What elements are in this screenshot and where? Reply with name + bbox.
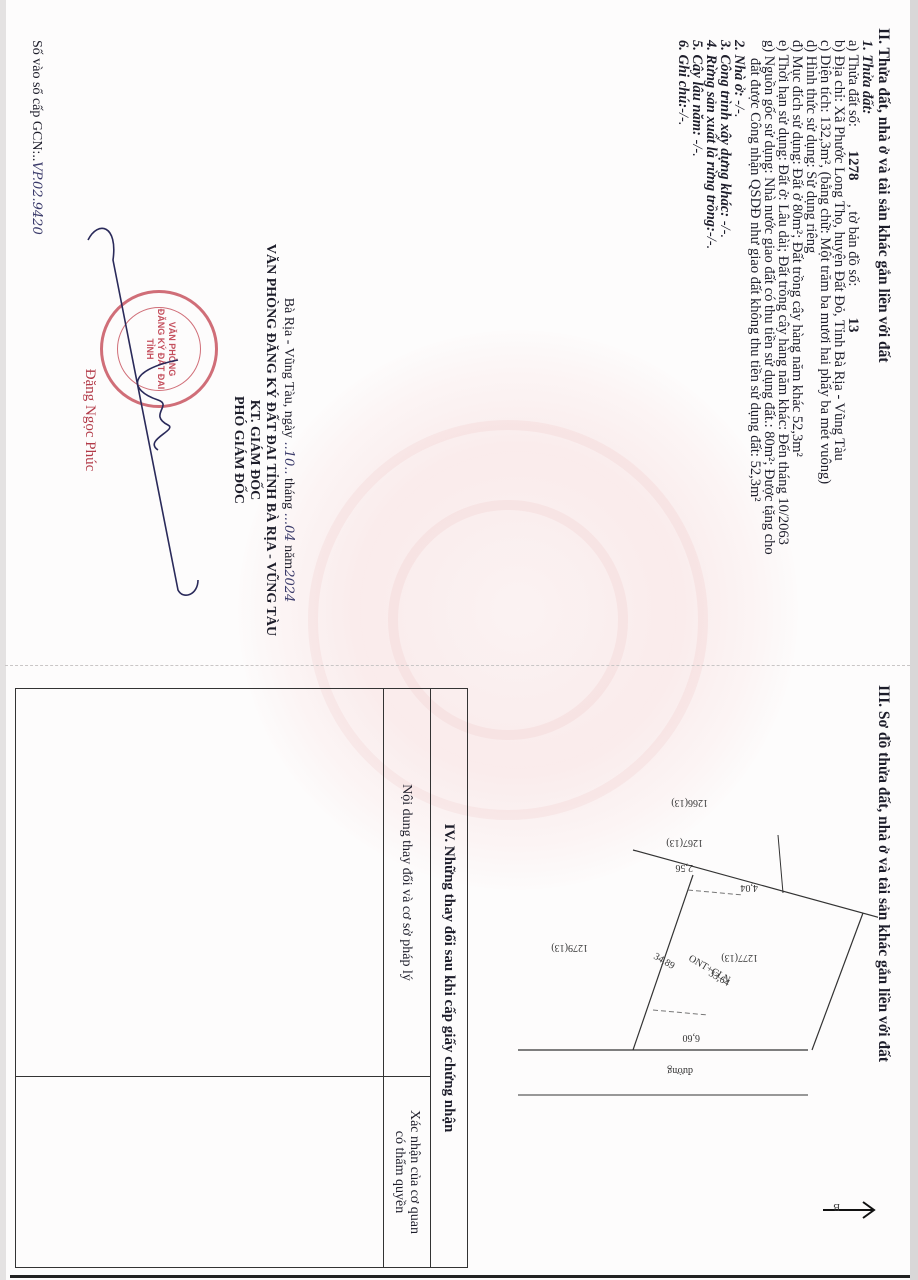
perennial-line: 5. Cây lâu năm: -/-. (689, 40, 704, 157)
signer-name: Đặng Ngọc Phúc (81, 300, 98, 540)
usage-origin-line: g) Nguồn gốc sử dụng: Nhà nước giao đất … (761, 40, 776, 555)
neighbor-label: 1266(13) (671, 797, 708, 808)
usage-form-line: d) Hình thức sử dụng: Sử dụng riêng (803, 40, 818, 253)
neighbor-label: 1267(13) (666, 837, 703, 848)
confirmation-line-2: có thẩm quyền (392, 1078, 407, 1266)
usage-term-line: e) Thời hạn sử dụng: Đất ở: Lâu dài; Đất… (775, 40, 790, 545)
item-label: 2. Nhà ở: (731, 40, 747, 97)
changes-content-cell (16, 689, 384, 1077)
place-date: Bà Rịa - Vũng Tàu, ngày ..10.. tháng ...… (280, 250, 296, 650)
date-day: ..10.. (281, 441, 296, 474)
forest-line: 4. Rừng sản xuất là rừng trồng:-/-. (703, 40, 718, 249)
note-line: 6. Ghi chú:-/-. (675, 40, 690, 125)
item-label: 3. Công trình xây dựng khác: (717, 40, 733, 217)
parcel-subheading: 1. Thửa đất: (859, 40, 874, 114)
house-line: 2. Nhà ở: -/-. (731, 40, 746, 117)
parcel-side (812, 913, 863, 1050)
address-line: b) Địa chỉ: Xã Phước Long Thọ, huyện Đất… (831, 40, 846, 461)
item-label: 4. Rừng sản xuất là rừng trồng: (703, 40, 719, 232)
edge-length-label: 2,56 (676, 862, 694, 873)
fold-line (5, 665, 910, 666)
other-construction-line: 3. Công trình xây dựng khác: -/-. (717, 40, 732, 238)
road-label: đường (667, 1065, 693, 1076)
neighbor-label: 1277(13) (721, 952, 758, 963)
confirmation-line-1: Xác nhận của cơ quan (407, 1078, 422, 1266)
edge-length-label: 4,04 (741, 882, 759, 893)
map-sheet-label: , tờ bản đồ số: (845, 204, 861, 286)
parcel-number-line: a) Thửa đất số: 1278 , tờ bản đồ số: 13 (845, 40, 860, 360)
item-value: -/-. (689, 136, 705, 157)
item-value: -/-. (703, 232, 719, 249)
item-value: -/-. (731, 97, 747, 118)
setback-line (688, 890, 743, 895)
column-header-confirmation: Xác nhận của cơ quan có thẩm quyền (384, 1077, 431, 1268)
item-label: 5. Cây lâu năm: (689, 40, 705, 136)
month-label: tháng (281, 478, 296, 509)
column-header-changes: Nội dung thay đổi và cơ sở pháp lý (384, 689, 431, 1077)
section-4-heading: IV. Những thay đổi sau khi cấp giấy chứn… (431, 689, 468, 1268)
certificate-page: II. Thửa đất, nhà ở và tài sản khác gắn … (0, 0, 918, 1280)
edge-length-label: 34,89 (652, 951, 677, 972)
usage-purpose-line: đ) Mục đích sử dụng: Đất ở 80m²; Đất trồ… (789, 40, 804, 457)
parcel-number-label: a) Thửa đất số: (845, 40, 861, 127)
year-label: năm (281, 545, 296, 569)
boundary-line (778, 835, 783, 893)
section-2-heading: II. Thửa đất, nhà ở và tài sản khác gắn … (874, 28, 892, 363)
neighbor-label: 1279(13) (551, 942, 588, 953)
item-label: 6. Ghi chú: (675, 40, 691, 108)
area-line: c) Diện tích: 132,3m², (bằng chữ: Một tr… (817, 40, 832, 484)
edge-length-label: 6,60 (683, 1032, 701, 1043)
changes-table: IV. Những thay đổi sau khi cấp giấy chứn… (15, 688, 468, 1268)
office-name: VĂN PHÒNG ĐĂNG KÝ ĐẤT ĐAI TỈNH BÀ RỊA - … (262, 210, 278, 670)
register-label: Số vào sổ cấp GCN:.. (29, 40, 44, 161)
setback-line (653, 1010, 708, 1015)
date-year: 2024 (281, 569, 296, 602)
kt-director: KT. GIÁM ĐỐC (246, 250, 262, 650)
item-value: -/-. (717, 217, 733, 238)
date-month: ...04 (281, 513, 296, 542)
register-value: VP.02.9420 (29, 161, 44, 234)
item-value: -/-. (675, 108, 691, 125)
north-label: B (833, 1201, 840, 1212)
page-edge (910, 0, 918, 1280)
usage-origin-line-2: đất được Công nhận QSDĐ như giao đất khô… (747, 58, 762, 502)
place-date-prefix: Bà Rịa - Vũng Tàu, ngày (281, 298, 296, 438)
page-edge (0, 0, 6, 1280)
map-sheet-number: 13 (845, 290, 860, 360)
confirmation-content-cell (16, 1077, 384, 1268)
parcel-diagram: 1266(13)1267(13)1279(13)1277(13)2,564,04… (468, 680, 878, 1280)
register-number: Số vào sổ cấp GCN:..VP.02.9420 (29, 40, 44, 235)
parcel-number: 1278 (845, 131, 860, 201)
